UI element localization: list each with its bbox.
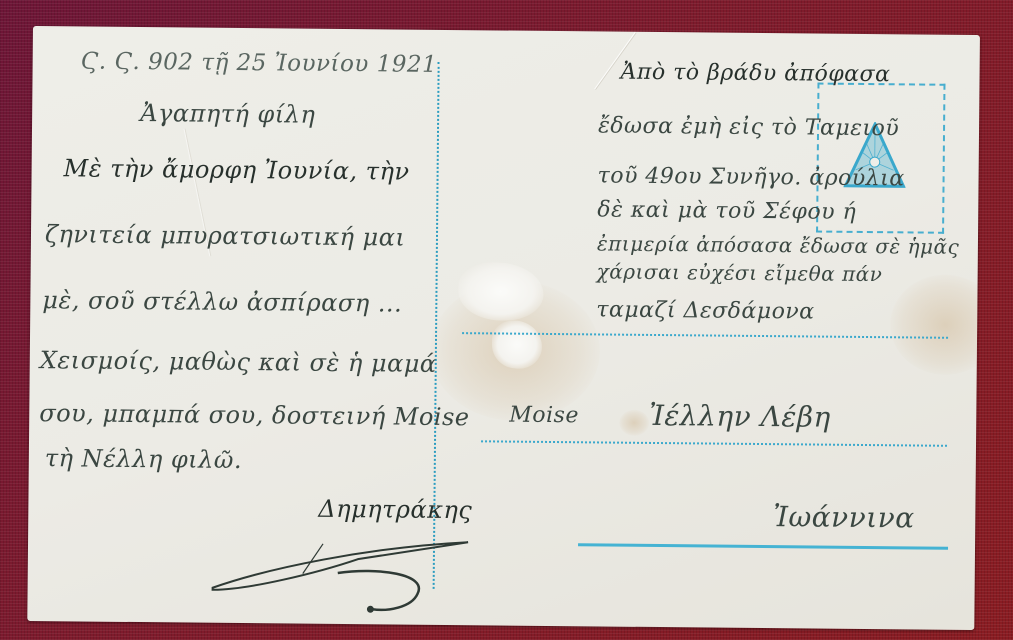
signature-flourish: [207, 528, 478, 621]
message-line-6: τὴ Νέλλη φιλῶ.: [45, 446, 242, 472]
date-line: Ϛ. Ϛ. 902 τῇ 25 Ἰουνίου 1921: [81, 50, 438, 76]
address-line-3: [578, 543, 948, 550]
paper-abrasion: [458, 262, 544, 321]
right-line-6: χάρισαι εὐχέσι εἴμεθα πάν: [597, 261, 883, 284]
salutation: Ἀγαπητή φίλη: [140, 101, 315, 127]
message-line-4: Χεισμοίς, μαθὼς καὶ σὲ ἡ μαμά: [40, 348, 437, 376]
message-line-1: Μὲ τὴν ἄμορφη Ἰουνία, τὴν: [64, 156, 410, 183]
right-line-7: ταμαζί Δεσδάμονα: [596, 299, 815, 323]
right-line-1: Ἀπὸ τὸ βράδυ ἀπόφασα: [620, 62, 890, 87]
address-line-2: [481, 440, 947, 446]
age-stain: [890, 274, 980, 375]
signature: Δημητράκης: [318, 497, 472, 522]
address-moise: Moise: [509, 405, 579, 428]
recipient-city: Ἰωάννινα: [773, 503, 915, 532]
right-line-5: ἐπιμερία ἀπόσασα ἔδωσα σὲ ἡμᾶς: [597, 233, 959, 256]
right-line-4: δὲ καὶ μὰ τοῦ Σέφου ή: [597, 199, 856, 223]
recipient-name: Ἰέλλην Λέβη: [649, 402, 831, 432]
message-line-5: σου, μπαμπά σου, δοστεινή Moise: [39, 401, 470, 429]
message-line-3: μὲ, σοῦ στέλλω ἀσπίραση ...: [42, 288, 402, 315]
right-line-2: ἔδωσα ἐμὴ εἰς τὸ Ταμειοῦ: [598, 115, 899, 140]
right-line-3: τοῦ 49ου Συνῆγο. ἀρούλια: [597, 165, 904, 190]
age-stain: [619, 410, 649, 436]
message-line-2: ζηνιτεία μπυρατσιωτική μαι: [45, 222, 406, 249]
postcard: Ϛ. Ϛ. 902 τῇ 25 Ἰουνίου 1921 Ἀγαπητή φίλ…: [27, 26, 980, 630]
